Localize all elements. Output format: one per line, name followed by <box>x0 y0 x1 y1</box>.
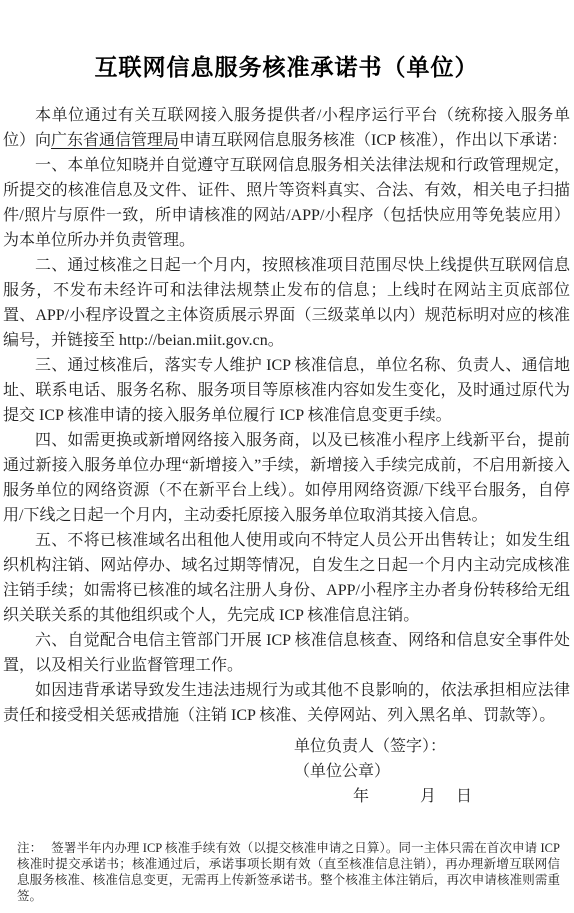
signer-signature-line: 单位负责人（签字）： <box>294 734 570 759</box>
clause-4: 四、如需更换或新增网络接入服务商，以及已核准小程序上线新平台，提前通过新接入服务… <box>3 428 570 528</box>
penalty-paragraph: 如因违背承诺导致发生违法违规行为或其他不良影响的，依法承担相应法律责任和接受相关… <box>3 678 570 728</box>
footnote: 注：签署半年内办理 ICP 核准手续有效（以提交核准申请之日算）。同一主体只需在… <box>17 840 560 904</box>
clause-2: 二、通过核准之日起一个月内，按照核准项目范围尽快上线提供互联网信息服务，不发布未… <box>3 253 570 353</box>
date-year-label: 年 <box>353 788 369 805</box>
clause-5: 五、不将已核准域名出租他人使用或向不特定人员公开出售转让；如发生组织机构注销、网… <box>3 528 570 628</box>
footnote-text: 签署半年内办理 ICP 核准手续有效（以提交核准申请之日算）。同一主体只需在首次… <box>17 841 560 903</box>
date-line: 年月日 <box>294 784 570 809</box>
clause-3: 三、通过核准后，落实专人维护 ICP 核准信息，单位名称、负责人、通信地址、联系… <box>3 353 570 428</box>
document-body: 本单位通过有关互联网接入服务提供者/小程序运行平台（统称接入服务单位）向广东省通… <box>3 103 570 728</box>
document-title: 互联网信息服务核准承诺书（单位） <box>3 50 570 84</box>
document-page: 互联网信息服务核准承诺书（单位） 本单位通过有关互联网接入服务提供者/小程序运行… <box>0 0 574 913</box>
authority-name: 广东省通信管理局 <box>51 132 179 149</box>
intro-text-after: 申请互联网信息服务核准（ICP 核准），作出以下承诺： <box>179 132 567 149</box>
clause-1: 一、本单位知晓并自觉遵守互联网信息服务相关法律法规和行政管理规定，所提交的核准信… <box>3 153 570 253</box>
date-month-label: 月 <box>420 788 436 805</box>
footnote-label: 注： <box>17 841 42 855</box>
date-day-label: 日 <box>456 788 472 805</box>
seal-line: （单位公章） <box>294 759 570 784</box>
signature-block: 单位负责人（签字）： （单位公章） 年月日 <box>3 734 570 809</box>
intro-paragraph: 本单位通过有关互联网接入服务提供者/小程序运行平台（统称接入服务单位）向广东省通… <box>3 103 570 153</box>
clause-6: 六、自觉配合电信主管部门开展 ICP 核准信息核查、网络和信息安全事件处置，以及… <box>3 628 570 678</box>
